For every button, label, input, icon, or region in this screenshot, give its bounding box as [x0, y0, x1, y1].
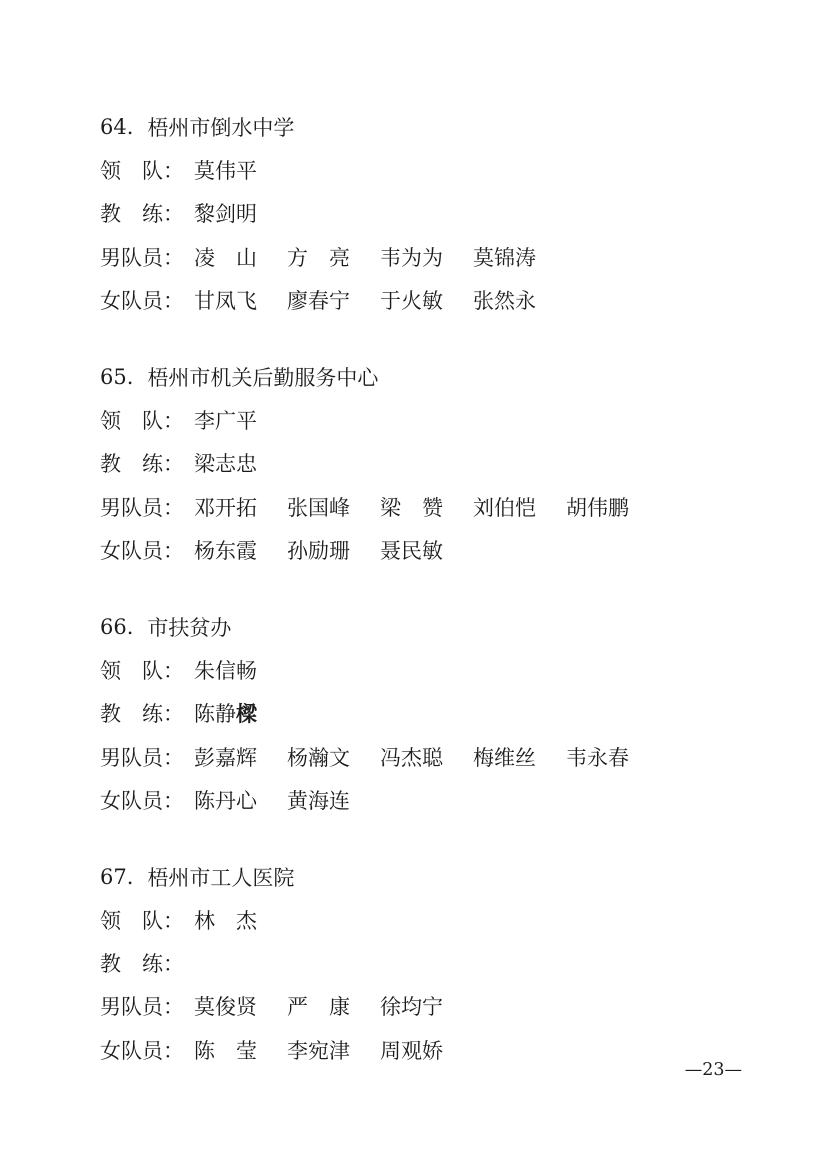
section-title: 梧州市机关后勤服务中心: [147, 362, 378, 392]
leader-name: 莫伟平: [194, 155, 257, 185]
section-number: 66.: [100, 615, 133, 639]
female-members-line: 女队员： 杨东霞 孙励珊 聂民敏: [100, 528, 786, 571]
section-title-line: 65. 梧州市机关后勤服务中心: [100, 355, 786, 398]
leader-line: 领 队： 莫伟平: [100, 148, 786, 191]
coach-line: 教 练：: [100, 942, 786, 985]
member-name: 廖春宁: [287, 285, 350, 315]
member-name: 徐均宁: [380, 991, 443, 1021]
member-name: 胡伟鹏: [566, 492, 629, 522]
female-members-label: 女队员：: [100, 535, 184, 565]
member-name: 莫俊贤: [194, 991, 257, 1021]
female-members: 杨东霞 孙励珊 聂民敏: [194, 535, 443, 565]
female-members-line: 女队员： 陈丹心 黄海连: [100, 778, 786, 821]
female-members-label: 女队员：: [100, 1035, 184, 1065]
coach-label: 教 练：: [100, 198, 184, 228]
male-members-label: 男队员：: [100, 991, 184, 1021]
member-name: 韦为为: [380, 242, 443, 272]
female-members-label: 女队员：: [100, 285, 184, 315]
male-members-line: 男队员： 凌 山 方 亮 韦为为 莫锦涛: [100, 235, 786, 278]
member-name: 张国峰: [287, 492, 350, 522]
member-name: 于火敏: [380, 285, 443, 315]
member-name: 凌 山: [194, 242, 257, 272]
male-members-line: 男队员： 邓开拓 张国峰 梁 赞 刘伯恺 胡伟鹏: [100, 485, 786, 528]
leader-label: 领 队：: [100, 905, 184, 935]
coach-line: 教 练： 黎剑明: [100, 192, 786, 235]
female-members-line: 女队员： 陈 莹 李宛津 周观娇: [100, 1028, 786, 1071]
coach-label: 教 练：: [100, 948, 184, 978]
female-members: 陈 莹 李宛津 周观娇: [194, 1035, 443, 1065]
team-section-64: 64. 梧州市倒水中学 领 队： 莫伟平 教 练： 黎剑明 男队员： 凌 山 方…: [100, 105, 786, 321]
section-number: 67.: [100, 865, 133, 889]
section-title: 市扶贫办: [147, 612, 231, 642]
member-name: 陈丹心: [194, 785, 257, 815]
section-title: 梧州市倒水中学: [147, 112, 294, 142]
member-name: 严 康: [287, 991, 350, 1021]
male-members: 莫俊贤 严 康 徐均宁: [194, 991, 443, 1021]
section-title-line: 66. 市扶贫办: [100, 605, 786, 648]
male-members: 彭嘉辉 杨瀚文 冯杰聪 梅维丝 韦永春: [194, 742, 629, 772]
coach-line: 教 练： 梁志忠: [100, 442, 786, 485]
member-name: 孙励珊: [287, 535, 350, 565]
member-name: 莫锦涛: [473, 242, 536, 272]
page-number: —23—: [685, 1060, 742, 1080]
male-members: 邓开拓 张国峰 梁 赞 刘伯恺 胡伟鹏: [194, 492, 629, 522]
section-number: 64.: [100, 115, 133, 139]
leader-name: 李广平: [194, 405, 257, 435]
member-name: 方 亮: [287, 242, 350, 272]
male-members-label: 男队员：: [100, 742, 184, 772]
leader-line: 领 队： 李广平: [100, 398, 786, 441]
leader-label: 领 队：: [100, 405, 184, 435]
document-page: 64. 梧州市倒水中学 领 队： 莫伟平 教 练： 黎剑明 男队员： 凌 山 方…: [0, 0, 826, 1169]
member-name: 冯杰聪: [380, 742, 443, 772]
sections-list: 64. 梧州市倒水中学 领 队： 莫伟平 教 练： 黎剑明 男队员： 凌 山 方…: [100, 105, 786, 1071]
member-name: 刘伯恺: [473, 492, 536, 522]
male-members-line: 男队员： 莫俊贤 严 康 徐均宁: [100, 985, 786, 1028]
coach-name: 梁志忠: [194, 448, 257, 478]
section-number: 65.: [100, 365, 133, 389]
section-title: 梧州市工人医院: [147, 862, 294, 892]
coach-label: 教 练：: [100, 448, 184, 478]
female-members: 陈丹心 黄海连: [194, 785, 350, 815]
male-members-line: 男队员： 彭嘉辉 杨瀚文 冯杰聪 梅维丝 韦永春: [100, 735, 786, 778]
leader-line: 领 队： 林 杰: [100, 898, 786, 941]
coach-name: 陈静樑: [194, 698, 257, 728]
leader-name: 林 杰: [194, 905, 257, 935]
leader-line: 领 队： 朱信畅: [100, 648, 786, 691]
member-name: 梅维丝: [473, 742, 536, 772]
female-members-line: 女队员： 甘凤飞 廖春宁 于火敏 张然永: [100, 278, 786, 321]
member-name: 陈 莹: [194, 1035, 257, 1065]
coach-name: 黎剑明: [194, 198, 257, 228]
team-section-65: 65. 梧州市机关后勤服务中心 领 队： 李广平 教 练： 梁志忠 男队员： 邓…: [100, 355, 786, 571]
member-name: 韦永春: [566, 742, 629, 772]
member-name: 杨瀚文: [287, 742, 350, 772]
member-name: 彭嘉辉: [194, 742, 257, 772]
male-members-label: 男队员：: [100, 492, 184, 522]
member-name: 梁 赞: [380, 492, 443, 522]
member-name: 杨东霞: [194, 535, 257, 565]
member-name: 周观娇: [380, 1035, 443, 1065]
team-section-66: 66. 市扶贫办 领 队： 朱信畅 教 练： 陈静樑 男队员： 彭嘉辉 杨瀚文 …: [100, 605, 786, 821]
member-name: 甘凤飞: [194, 285, 257, 315]
leader-label: 领 队：: [100, 155, 184, 185]
male-members-label: 男队员：: [100, 242, 184, 272]
coach-name-bold-char: 樑: [236, 701, 257, 726]
team-section-67: 67. 梧州市工人医院 领 队： 林 杰 教 练： 男队员： 莫俊贤 严 康 徐…: [100, 855, 786, 1071]
leader-label: 领 队：: [100, 655, 184, 685]
member-name: 聂民敏: [380, 535, 443, 565]
coach-line: 教 练： 陈静樑: [100, 692, 786, 735]
leader-name: 朱信畅: [194, 655, 257, 685]
section-title-line: 64. 梧州市倒水中学: [100, 105, 786, 148]
member-name: 李宛津: [287, 1035, 350, 1065]
member-name: 邓开拓: [194, 492, 257, 522]
male-members: 凌 山 方 亮 韦为为 莫锦涛: [194, 242, 536, 272]
female-members-label: 女队员：: [100, 785, 184, 815]
member-name: 张然永: [473, 285, 536, 315]
section-title-line: 67. 梧州市工人医院: [100, 855, 786, 898]
member-name: 黄海连: [287, 785, 350, 815]
coach-label: 教 练：: [100, 698, 184, 728]
coach-name-part: 陈静: [194, 702, 236, 726]
female-members: 甘凤飞 廖春宁 于火敏 张然永: [194, 285, 536, 315]
